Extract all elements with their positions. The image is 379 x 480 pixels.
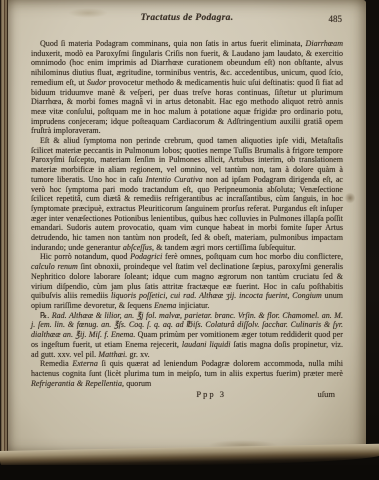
paragraph: Quod ſi materia Podagram comminans, quia… — [31, 39, 343, 136]
page-content: Tractatus de Podagra. 485 Quod ſi materi… — [31, 13, 343, 401]
catchword: uſum — [318, 389, 335, 399]
paragraph: Eſt & aliud ſymptoma non perinde crebrum… — [31, 136, 343, 252]
paragraph: Hic porrò notandum, quod Podagrici ferè … — [31, 252, 343, 310]
gathering-signature: Ppp 3 — [196, 389, 226, 399]
scan-background — [0, 465, 379, 480]
paper-stain — [345, 192, 355, 204]
page-number: 485 — [329, 14, 343, 24]
paragraph: ℞. Rad. Althææ & lilior, an. ℥j fol. mal… — [31, 311, 343, 360]
scanned-book-photo: Tractatus de Podagra. 485 Quod ſi materi… — [0, 0, 379, 480]
running-header: Tractatus de Podagra. 485 — [31, 13, 343, 30]
signature-line: Ppp 3 uſum — [31, 389, 343, 401]
running-title: Tractatus de Podagra. — [31, 13, 343, 23]
text-block: Quod ſi materia Podagram comminans, quia… — [31, 39, 343, 388]
paragraph: Remedia Externa ſi quis quærat ad lenien… — [31, 359, 343, 388]
